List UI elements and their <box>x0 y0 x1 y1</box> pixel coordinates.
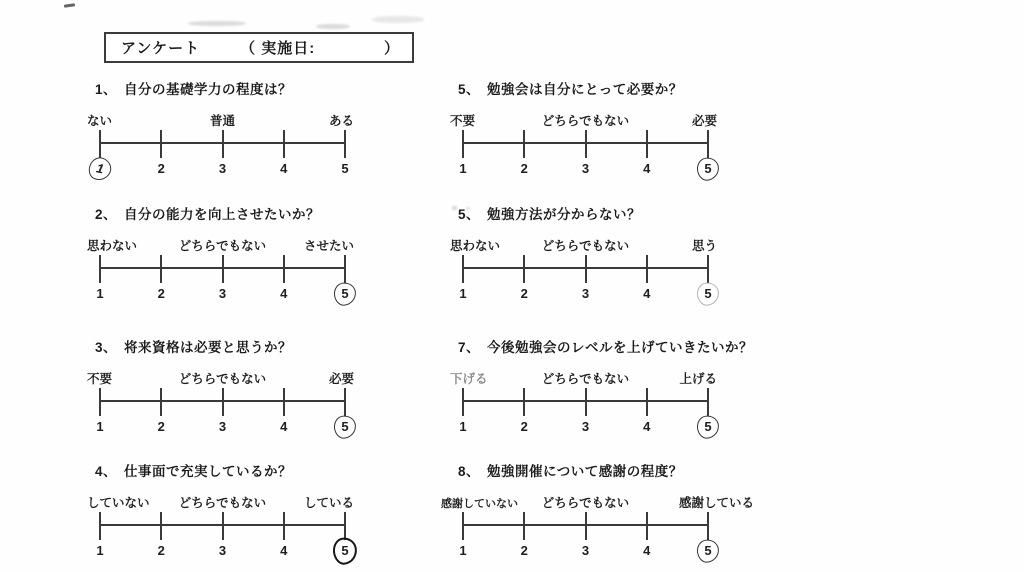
likert-scale <box>463 255 708 283</box>
scale-number: 2 <box>150 283 172 305</box>
scale-number: 4 <box>636 540 658 562</box>
question-text: 仕事面で充実しているか？ <box>124 464 292 479</box>
scale-tick <box>585 130 587 158</box>
scale-tick <box>462 130 464 158</box>
scale-label-right: 必要 <box>692 111 717 129</box>
scale-number: 5 <box>334 158 356 180</box>
scale-number: 4 <box>636 416 658 438</box>
scale-number: 3 <box>212 158 234 180</box>
scale-number: 4 <box>273 540 295 562</box>
question-text: 自分の能力を向上させたいか？ <box>124 207 320 222</box>
question-number: 2、 <box>95 207 117 222</box>
question-heading: 8、勉強開催について感謝の程度？ <box>447 460 747 480</box>
scale-tick <box>344 255 346 283</box>
circled-answer: 5 <box>334 283 356 305</box>
scale-number: 3 <box>212 416 234 438</box>
circled-answer: 5 <box>697 540 719 562</box>
scale-label-left: ない <box>87 111 112 129</box>
scale-tick <box>222 130 224 158</box>
scale-tick <box>283 388 285 416</box>
question-text: 勉強会は自分にとって必要か？ <box>487 82 683 97</box>
scale-tick <box>283 255 285 283</box>
question-heading: 4、仕事面で充実しているか？ <box>84 460 384 480</box>
scale-number: 4 <box>636 283 658 305</box>
scale-tick <box>523 512 525 540</box>
question-heading: 3、将来資格は必要と思うか？ <box>84 336 384 356</box>
scale-label-mid: どちらでもない <box>542 111 629 129</box>
question-number: 5、 <box>458 82 480 97</box>
scale-label-right: 思う <box>692 236 717 254</box>
scale-tick <box>160 130 162 158</box>
scale-number: 2 <box>150 416 172 438</box>
scale-number: 2 <box>150 158 172 180</box>
question-number: 8、 <box>458 464 480 479</box>
scale-labels: 思わない どちらでもない させたい <box>100 236 345 252</box>
scale-label-left: 不要 <box>450 111 475 129</box>
scale-label-right: ある <box>329 111 354 129</box>
scale-label-mid: どちらでもない <box>179 236 266 254</box>
scale-tick <box>99 388 101 416</box>
scale-number: 2 <box>513 540 535 562</box>
scale-label-left: 思わない <box>87 236 137 254</box>
likert-scale <box>100 388 345 416</box>
page-title: アンケート <box>121 37 200 58</box>
scale-number: 3 <box>575 283 597 305</box>
scale-number: 2 <box>513 416 535 438</box>
question-number: 4、 <box>95 464 117 479</box>
scale-number: 1 <box>89 540 111 562</box>
circled-answer: 5 <box>334 540 356 562</box>
scale-numbers: 1 2 3 4 5 <box>100 158 345 182</box>
scale-label-mid: どちらでもない <box>542 369 629 387</box>
scale-tick <box>462 512 464 540</box>
scale-tick <box>585 388 587 416</box>
scale-number: 1 <box>452 540 474 562</box>
question-text: 将来資格は必要と思うか？ <box>124 340 292 355</box>
scale-tick <box>523 130 525 158</box>
scale-tick <box>585 512 587 540</box>
title-box: アンケート （ 実施日: ） <box>104 32 414 63</box>
scale-numbers: 1 2 3 4 5 <box>100 540 345 564</box>
date-close-paren: ） <box>384 37 400 58</box>
scale-label-left: 下げる <box>450 369 488 387</box>
likert-scale <box>463 512 708 540</box>
scale-label-mid: どちらでもない <box>179 369 266 387</box>
scan-artifact-smudge <box>372 16 424 23</box>
circled-answer: 5 <box>697 283 719 305</box>
question-text: 今後勉強会のレベルを上げていきたいか？ <box>487 340 753 355</box>
scale-number: 3 <box>212 540 234 562</box>
question-block-4: 4、仕事面で充実しているか？ していない どちらでもない している 1 2 3 … <box>84 460 384 572</box>
scale-labels: 思わない どちらでもない 思う <box>463 236 708 252</box>
question-block-3: 3、将来資格は必要と思うか？ 不要 どちらでもない 必要 1 2 3 4 5 <box>84 336 384 448</box>
question-heading: 1、自分の基礎学力の程度は？ <box>84 78 384 98</box>
question-text: 自分の基礎学力の程度は？ <box>124 82 292 97</box>
scale-label-left: 不要 <box>87 369 112 387</box>
scale-tick <box>222 255 224 283</box>
scale-number: 1 <box>452 283 474 305</box>
scale-tick <box>646 512 648 540</box>
question-block-2: 2、自分の能力を向上させたいか？ 思わない どちらでもない させたい 1 2 3… <box>84 203 384 315</box>
scale-label-right: 上げる <box>679 369 717 387</box>
question-heading: 5、勉強会は自分にとって必要か？ <box>447 78 747 98</box>
question-number: 5、 <box>458 207 480 222</box>
circled-answer: 1 <box>87 156 113 182</box>
scale-numbers: 1 2 3 4 5 <box>463 540 708 564</box>
question-text: 勉強方法が分からない？ <box>487 207 641 222</box>
scale-label-mid: どちらでもない <box>179 493 266 511</box>
scale-labels: 不要 どちらでもない 必要 <box>463 111 708 127</box>
question-block-6: 5、勉強方法が分からない？ 思わない どちらでもない 思う 1 2 3 4 5 <box>447 203 747 315</box>
question-heading: 7、今後勉強会のレベルを上げていきたいか？ <box>447 336 747 356</box>
scale-number: 1 <box>89 416 111 438</box>
scale-tick <box>707 130 709 158</box>
scale-number: 1 <box>452 158 474 180</box>
scale-label-mid: どちらでもない <box>542 493 629 511</box>
scale-number: 4 <box>273 283 295 305</box>
scale-number: 2 <box>513 158 535 180</box>
likert-scale <box>100 130 345 158</box>
scale-number: 3 <box>575 158 597 180</box>
likert-scale <box>100 255 345 283</box>
likert-scale <box>100 512 345 540</box>
scan-artifact-dash <box>64 3 75 8</box>
scale-tick <box>283 130 285 158</box>
scan-artifact-smudge <box>316 24 350 29</box>
scale-label-right: 必要 <box>329 369 354 387</box>
scale-tick <box>344 388 346 416</box>
scale-numbers: 1 2 3 4 5 <box>463 158 708 182</box>
scale-label-left: 感謝していない <box>441 495 518 511</box>
scale-tick <box>523 255 525 283</box>
scale-tick <box>99 130 101 158</box>
scale-number: 2 <box>150 540 172 562</box>
scale-label-mid: どちらでもない <box>542 236 629 254</box>
scale-tick <box>222 388 224 416</box>
scale-label-right: させたい <box>304 236 354 254</box>
question-block-8: 8、勉強開催について感謝の程度？ 感謝していない どちらでもない 感謝している … <box>447 460 747 572</box>
date-label: （ 実施日: <box>240 37 315 58</box>
likert-scale <box>463 130 708 158</box>
scale-tick <box>160 512 162 540</box>
scale-tick <box>707 255 709 283</box>
scale-labels: 不要 どちらでもない 必要 <box>100 369 345 385</box>
question-number: 1、 <box>95 82 117 97</box>
question-heading: 5、勉強方法が分からない？ <box>447 203 747 223</box>
question-heading: 2、自分の能力を向上させたいか？ <box>84 203 384 223</box>
scale-numbers: 1 2 3 4 5 <box>463 416 708 440</box>
scale-number: 4 <box>273 158 295 180</box>
scale-numbers: 1 2 3 4 5 <box>100 416 345 440</box>
scale-number: 1 <box>89 283 111 305</box>
scale-numbers: 1 2 3 4 5 <box>100 283 345 307</box>
likert-scale <box>463 388 708 416</box>
circled-answer: 5 <box>697 416 719 438</box>
scale-labels: 感謝していない どちらでもない 感謝している <box>463 493 708 509</box>
scale-tick <box>344 130 346 158</box>
scale-number: 2 <box>513 283 535 305</box>
scale-tick <box>344 512 346 540</box>
scale-label-right: 感謝している <box>679 493 754 511</box>
scale-number: 4 <box>273 416 295 438</box>
scale-tick <box>462 255 464 283</box>
circled-answer: 5 <box>334 416 356 438</box>
scale-tick <box>585 255 587 283</box>
question-block-5: 5、勉強会は自分にとって必要か？ 不要 どちらでもない 必要 1 2 3 4 5 <box>447 78 747 190</box>
scale-number: 3 <box>212 283 234 305</box>
scale-tick <box>99 512 101 540</box>
scale-numbers: 1 2 3 4 5 <box>463 283 708 307</box>
scale-tick <box>160 255 162 283</box>
scale-number: 3 <box>575 416 597 438</box>
scale-tick <box>707 512 709 540</box>
scale-label-mid: 普通 <box>210 111 235 129</box>
scale-tick <box>707 388 709 416</box>
scale-tick <box>160 388 162 416</box>
scan-artifact-smudge <box>188 21 246 26</box>
scale-label-right: している <box>304 493 354 511</box>
scale-labels: ない 普通 ある <box>100 111 345 127</box>
scale-tick <box>222 512 224 540</box>
scale-tick <box>646 255 648 283</box>
scale-tick <box>523 388 525 416</box>
scale-label-left: 思わない <box>450 236 500 254</box>
question-block-1: 1、自分の基礎学力の程度は？ ない 普通 ある 1 2 3 4 5 <box>84 78 384 190</box>
scale-label-left: していない <box>87 493 150 511</box>
question-block-7: 7、今後勉強会のレベルを上げていきたいか？ 下げる どちらでもない 上げる 1 … <box>447 336 747 448</box>
scale-number: 1 <box>452 416 474 438</box>
question-number: 3、 <box>95 340 117 355</box>
question-text: 勉強開催について感謝の程度？ <box>487 464 683 479</box>
question-number: 7、 <box>458 340 480 355</box>
scale-tick <box>646 130 648 158</box>
scale-labels: していない どちらでもない している <box>100 493 345 509</box>
scale-number: 4 <box>636 158 658 180</box>
scale-tick <box>283 512 285 540</box>
scanned-survey-page: アンケート （ 実施日: ） 1、自分の基礎学力の程度は？ ない 普通 ある 1… <box>0 0 1024 572</box>
scale-tick <box>646 388 648 416</box>
circled-answer: 5 <box>697 158 719 180</box>
scale-tick <box>462 388 464 416</box>
scale-labels: 下げる どちらでもない 上げる <box>463 369 708 385</box>
scale-number: 3 <box>575 540 597 562</box>
scale-tick <box>99 255 101 283</box>
